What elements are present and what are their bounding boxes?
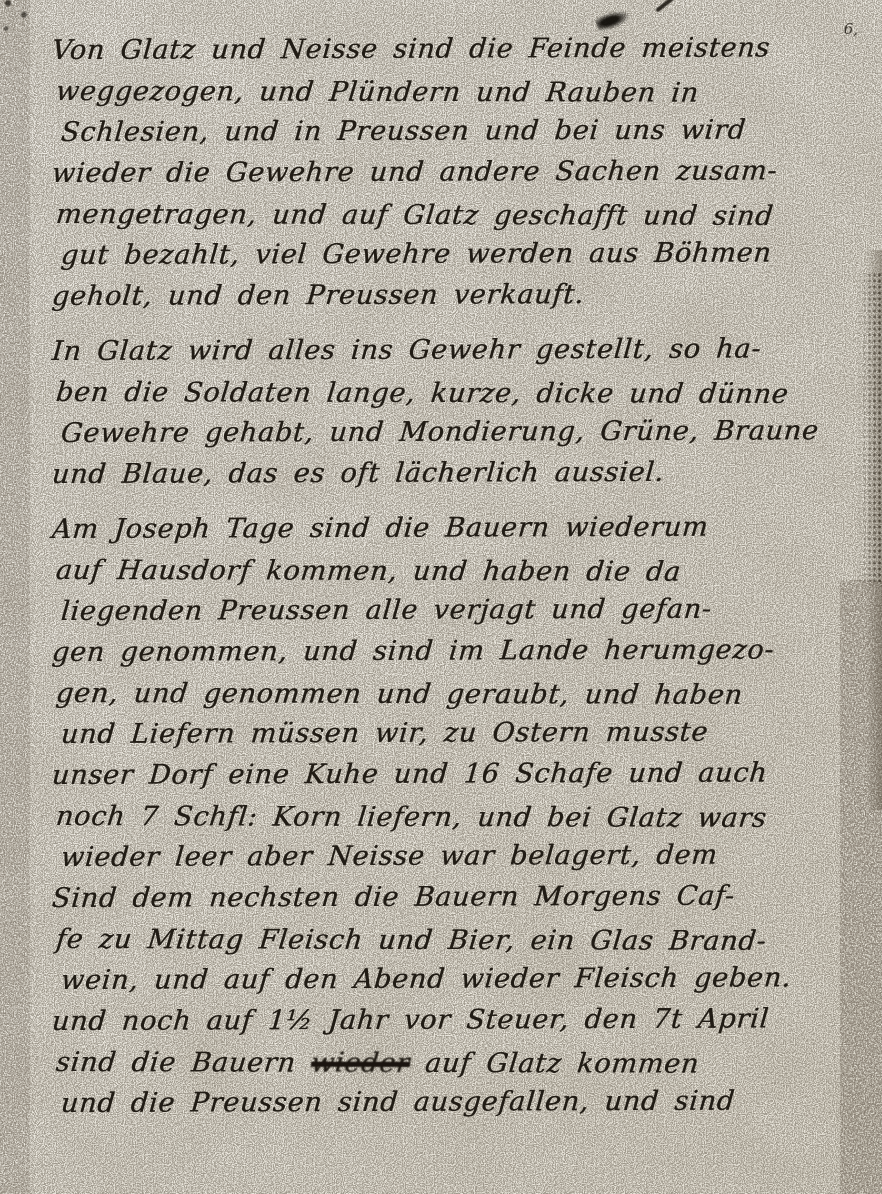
handwritten-line: liegenden Preussen alle verjagt und gefa… [59, 588, 864, 632]
handwritten-line: gen genommen, und sind im Lande herumgez… [50, 629, 864, 673]
page-edge-gradient [866, 250, 882, 810]
handwritten-line: Schlesien, und in Preussen und bei uns w… [59, 109, 864, 153]
corner-ink-smudge [0, 0, 36, 40]
handwritten-line: und Liefern müssen wir, zu Ostern musste [59, 711, 864, 755]
paragraph-2: In Glatz wird alles ins Gewehr gestellt,… [52, 331, 862, 495]
handwritten-line: unser Dorf eine Kuhe und 16 Schafe und a… [50, 752, 864, 796]
paragraph-3: Am Joseph Tage sind die Bauern wiederum … [52, 509, 862, 1124]
handwritten-line: mengetragen, und auf Glatz geschafft und… [54, 194, 864, 237]
handwritten-line: wieder leer aber Neisse war belagert, de… [59, 834, 864, 878]
handwritten-text-block: Von Glatz und Neisse sind die Feinde mei… [52, 30, 862, 1138]
handwritten-line: geholt, und den Preussen verkauft. [50, 273, 864, 317]
handwritten-line: auf Hausdorf kommen, und haben die da [54, 550, 864, 593]
handwritten-line: und die Preussen sind ausgefallen, und s… [59, 1080, 864, 1124]
handwritten-line: Am Joseph Tage sind die Bauern wiederum [50, 506, 864, 550]
handwritten-line: Sind dem nechsten die Bauern Morgens Caf… [50, 875, 864, 919]
paragraph-1: Von Glatz und Neisse sind die Feinde mei… [52, 30, 862, 317]
manuscript-page: 6, Von Glatz und Neisse sind die Feinde … [0, 0, 882, 1194]
handwritten-line: ben die Soldaten lange, kurze, dicke und… [54, 372, 864, 415]
handwritten-line-with-strikeout: sind die Bauern wieder auf Glatz kommen [54, 1042, 864, 1085]
handwritten-line: fe zu Mittag Fleisch und Bier, ein Glas … [54, 919, 864, 962]
handwritten-line: und noch auf 1½ Jahr vor Steuer, den 7t … [50, 998, 864, 1042]
pen-stroke-mark [655, 0, 691, 13]
handwritten-line: Gewehre gehabt, und Mondierung, Grüne, B… [59, 410, 864, 454]
struck-out-word: wieder [309, 1048, 411, 1079]
line-segment: auf Glatz kommen [408, 1048, 701, 1080]
handwritten-line: noch 7 Schfl: Korn liefern, und bei Glat… [54, 796, 864, 839]
handwritten-line: und Blaue, das es oft lächerlich aussiel… [50, 451, 864, 495]
handwritten-line: weggezogen, und Plündern und Rauben in [54, 71, 864, 114]
handwritten-line: Von Glatz und Neisse sind die Feinde mei… [50, 27, 864, 71]
handwritten-line: wein, und auf den Abend wieder Fleisch g… [59, 957, 864, 1001]
handwritten-line: gen, und genommen und geraubt, und haben [54, 673, 864, 716]
line-segment: sind die Bauern [54, 1047, 312, 1079]
handwritten-line: gut bezahlt, viel Gewehre werden aus Böh… [59, 232, 864, 276]
handwritten-line: In Glatz wird alles ins Gewehr gestellt,… [50, 328, 864, 372]
handwritten-line: wieder die Gewehre und andere Sachen zus… [50, 150, 864, 194]
